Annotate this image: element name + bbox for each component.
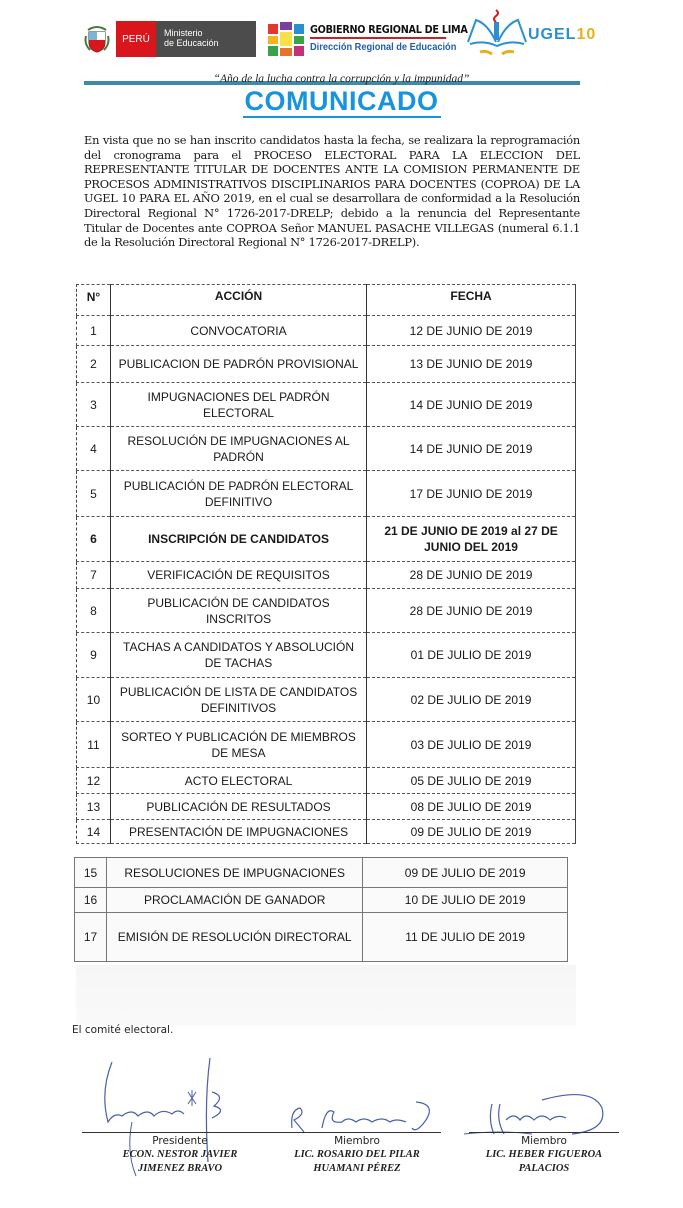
row-date: 14 DE JUNIO DE 2019	[367, 427, 576, 471]
row-date: 14 DE JUNIO DE 2019	[367, 383, 576, 427]
row-date: 09 DE JULIO DE 2019	[367, 820, 576, 844]
row-number: 16	[75, 888, 107, 913]
row-action: PUBLICACIÓN DE CANDIDATOS INSCRITOS	[110, 589, 366, 633]
row-action: PUBLICACIÓN DE RESULTADOS	[110, 794, 366, 820]
row-date: 13 DE JUNIO DE 2019	[367, 346, 576, 383]
row-action: IMPUGNACIONES DEL PADRÓN ELECTORAL	[110, 383, 366, 427]
table-row: 17EMISIÓN DE RESOLUCIÓN DIRECTORAL11 DE …	[75, 913, 568, 962]
row-action: PUBLICACIÓN DE LISTA DE CANDIDATOS DEFIN…	[110, 678, 366, 722]
row-action: EMISIÓN DE RESOLUCIÓN DIRECTORAL	[107, 913, 363, 962]
row-number: 14	[77, 820, 111, 844]
table-row: 2PUBLICACION DE PADRÓN PROVISIONAL13 DE …	[77, 346, 576, 383]
ugel-book-torch-icon	[466, 6, 528, 58]
signature-line	[273, 1132, 441, 1133]
table-row: 11SORTEO Y PUBLICACIÓN DE MIEMBROS DE ME…	[77, 722, 576, 768]
table-row: 13PUBLICACIÓN DE RESULTADOS08 DE JULIO D…	[77, 794, 576, 820]
signature-block-member-1: Miembro LIC. ROSARIO DEL PILAR HUAMANI P…	[262, 1132, 452, 1176]
intro-paragraph: En vista que no se han inscrito candidat…	[84, 133, 580, 250]
row-date: 17 DE JUNIO DE 2019	[367, 471, 576, 517]
row-number: 5	[77, 471, 111, 517]
row-number: 10	[77, 678, 111, 722]
ugel-label: UGEL	[528, 26, 576, 43]
table-row: 15RESOLUCIONES DE IMPUGNACIONES09 DE JUL…	[75, 858, 568, 888]
signatory-role: Presidente	[80, 1135, 280, 1148]
row-action: RESOLUCIÓN DE IMPUGNACIONES AL PADRÓN	[110, 427, 366, 471]
table-row: 9TACHAS A CANDIDATOS Y ABSOLUCIÓN DE TAC…	[77, 633, 576, 678]
signatory-name-line1: ECON. NESTOR JAVIER	[80, 1148, 280, 1162]
table-row: 14PRESENTACIÓN DE IMPUGNACIONES09 DE JUL…	[77, 820, 576, 844]
signature-block-member-2: Miembro LIC. HEBER FIGUEROA PALACIOS	[452, 1132, 636, 1176]
row-action: ACTO ELECTORAL	[110, 768, 366, 794]
table-row: 8PUBLICACIÓN DE CANDIDATOS INSCRITOS28 D…	[77, 589, 576, 633]
peru-label: PERÚ	[116, 21, 156, 57]
coat-of-arms-icon	[84, 24, 110, 54]
row-date: 28 DE JUNIO DE 2019	[367, 562, 576, 589]
signatory-name-line1: LIC. ROSARIO DEL PILAR	[262, 1148, 452, 1162]
bleed-through-background	[76, 965, 576, 1025]
row-number: 8	[77, 589, 111, 633]
row-action: RESOLUCIONES DE IMPUGNACIONES	[107, 858, 363, 888]
table-row: 3IMPUGNACIONES DEL PADRÓN ELECTORAL14 DE…	[77, 383, 576, 427]
row-number: 6	[77, 517, 111, 562]
table-row: 1CONVOCATORIA12 DE JUNIO DE 2019	[77, 316, 576, 346]
row-number: 3	[77, 383, 111, 427]
table-row: 6INSCRIPCIÓN DE CANDIDATOS21 DE JUNIO DE…	[77, 517, 576, 562]
minedu-logo: PERÚ Ministerio de Educación	[116, 21, 256, 57]
ministerio-line2: de Educación	[164, 38, 256, 48]
row-date: 02 DE JULIO DE 2019	[367, 678, 576, 722]
table-row: 16PROCLAMACIÓN DE GANADOR10 DE JULIO DE …	[75, 888, 568, 913]
gobierno-regional-emblem-icon	[268, 22, 304, 56]
row-action: CONVOCATORIA	[110, 316, 366, 346]
row-action: TACHAS A CANDIDATOS Y ABSOLUCIÓN DE TACH…	[110, 633, 366, 678]
row-action: VERIFICACIÓN DE REQUISITOS	[110, 562, 366, 589]
row-number: 9	[77, 633, 111, 678]
header-action: ACCIÓN	[110, 285, 366, 316]
ministerio-label: Ministerio de Educación	[156, 21, 256, 57]
table-row: 7VERIFICACIÓN DE REQUISITOS28 DE JUNIO D…	[77, 562, 576, 589]
ugel10-label: UGEL10	[528, 26, 596, 44]
row-date: 10 DE JULIO DE 2019	[363, 888, 568, 913]
header-num: N°	[77, 285, 111, 316]
title-text: COMUNICADO	[243, 86, 441, 118]
signatory-name-line2: PALACIOS	[452, 1162, 636, 1176]
ministerio-line1: Ministerio	[164, 28, 256, 38]
closing-text: El comité electoral.	[72, 1024, 173, 1036]
row-date: 11 DE JULIO DE 2019	[363, 913, 568, 962]
row-date: 05 DE JULIO DE 2019	[367, 768, 576, 794]
header-date: FECHA	[367, 285, 576, 316]
table-row: 4RESOLUCIÓN DE IMPUGNACIONES AL PADRÓN14…	[77, 427, 576, 471]
row-date: 03 DE JULIO DE 2019	[367, 722, 576, 768]
signatory-name-line2: HUAMANI PÉREZ	[262, 1162, 452, 1176]
row-action: PRESENTACIÓN DE IMPUGNACIONES	[110, 820, 366, 844]
table-row: 12ACTO ELECTORAL05 DE JULIO DE 2019	[77, 768, 576, 794]
signatory-name-line1: LIC. HEBER FIGUEROA	[452, 1148, 636, 1162]
signatory-role: Miembro	[452, 1135, 636, 1148]
gobierno-regional-text: GOBIERNO REGIONAL DE LIMA Dirección Regi…	[310, 24, 458, 53]
signature-line	[82, 1132, 278, 1133]
document-title: COMUNICADO	[0, 86, 683, 118]
table-header-row: N° ACCIÓN FECHA	[77, 285, 576, 316]
row-number: 7	[77, 562, 111, 589]
row-number: 17	[75, 913, 107, 962]
ugel-number: 10	[576, 26, 596, 43]
row-date: 12 DE JUNIO DE 2019	[367, 316, 576, 346]
table-row: 5PUBLICACIÓN DE PADRÓN ELECTORAL DEFINIT…	[77, 471, 576, 517]
row-date: 08 DE JULIO DE 2019	[367, 794, 576, 820]
row-number: 13	[77, 794, 111, 820]
row-date: 01 DE JULIO DE 2019	[367, 633, 576, 678]
direccion-regional-subtitle: Dirección Regional de Educación	[310, 41, 440, 53]
schedule-table: N° ACCIÓN FECHA 1CONVOCATORIA12 DE JUNIO…	[76, 284, 576, 844]
row-action: PUBLICACION DE PADRÓN PROVISIONAL	[110, 346, 366, 383]
row-action: PUBLICACIÓN DE PADRÓN ELECTORAL DEFINITI…	[110, 471, 366, 517]
row-date: 28 DE JUNIO DE 2019	[367, 589, 576, 633]
row-date: 21 DE JUNIO DE 2019 al 27 DE JUNIO DEL 2…	[367, 517, 576, 562]
year-motto: “Año de la lucha contra la corrupción y …	[0, 73, 683, 85]
row-date: 09 DE JULIO DE 2019	[363, 858, 568, 888]
schedule-table-continuation: 15RESOLUCIONES DE IMPUGNACIONES09 DE JUL…	[74, 857, 568, 962]
signature-line	[469, 1132, 619, 1133]
row-number: 4	[77, 427, 111, 471]
table-row: 10PUBLICACIÓN DE LISTA DE CANDIDATOS DEF…	[77, 678, 576, 722]
gobierno-regional-title: GOBIERNO REGIONAL DE LIMA	[310, 24, 446, 39]
signature-block-presidente: Presidente ECON. NESTOR JAVIER JIMENEZ B…	[80, 1132, 280, 1176]
signatory-name-line2: JIMENEZ BRAVO	[80, 1162, 280, 1176]
row-number: 12	[77, 768, 111, 794]
row-number: 11	[77, 722, 111, 768]
row-number: 15	[75, 858, 107, 888]
row-action: INSCRIPCIÓN DE CANDIDATOS	[110, 517, 366, 562]
signatory-role: Miembro	[262, 1135, 452, 1148]
row-number: 2	[77, 346, 111, 383]
row-action: SORTEO Y PUBLICACIÓN DE MIEMBROS DE MESA	[110, 722, 366, 768]
row-action: PROCLAMACIÓN DE GANADOR	[107, 888, 363, 913]
row-number: 1	[77, 316, 111, 346]
